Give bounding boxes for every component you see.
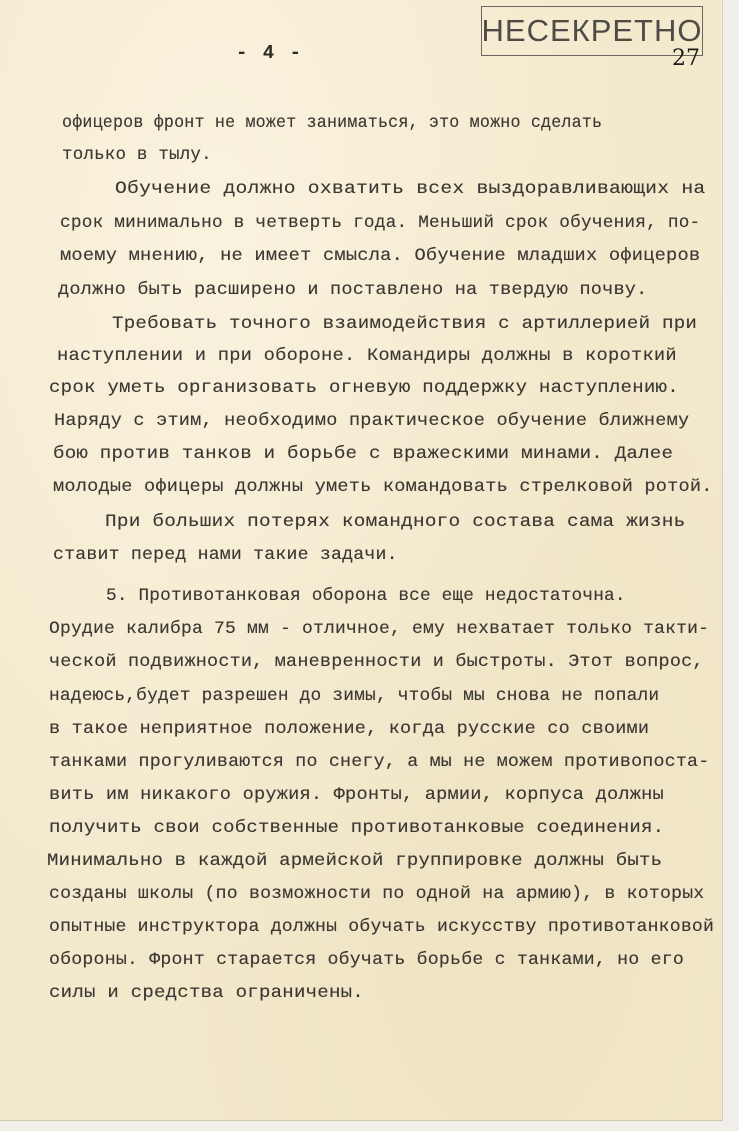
text-line: должно быть расширено и поставлено на тв… [58,280,647,300]
text-line: ставит перед нами такие задачи. [53,545,398,565]
declassified-stamp: НЕСЕКРЕТНО [481,6,703,56]
text-line: созданы школы (по возможности по одной н… [49,884,704,904]
document-page: НЕСЕКРЕТНО 27 - 4 - офицеров фронт не мо… [0,0,723,1121]
text-line: моему мнению, не имеет смысла. Обучение … [60,246,700,266]
text-line: Обучение должно охватить всех выздоравли… [115,179,705,199]
text-line: ческой подвижности, маневренности и быст… [49,652,704,672]
text-line: в такое неприятное положение, когда русс… [49,719,649,739]
text-line: получить свои собственные противотанковы… [49,818,664,838]
text-line: срок уметь организовать огневую поддержк… [49,378,679,398]
text-line: Требовать точного взаимодействия с артил… [112,314,697,334]
text-line: силы и средства ограничены. [49,983,364,1003]
text-line: только в тылу. [62,145,212,165]
text-line: офицеров фронт не может заниматься, это … [62,113,602,133]
text-line: При больших потерях командного состава с… [105,512,685,532]
text-line: обороны. Фронт старается обучать борьбе … [49,950,684,970]
text-line: вить им никакого оружия. Фронты, армии, … [49,785,664,805]
sheet-number: 27 [672,46,700,71]
text-line: опытные инструктора должны обучать искус… [49,917,714,937]
text-line: 5. Противотанковая оборона все еще недос… [106,586,626,606]
text-line: Наряду с этим, необходимо практическое о… [54,411,689,431]
text-line: срок минимально в четверть года. Меньший… [60,213,700,233]
text-line: Орудие калибра 75 мм - отличное, ему нех… [49,619,709,639]
text-line: молодые офицеры должны уметь командовать… [53,477,713,497]
page-number: - 4 - [236,42,303,64]
text-line: наступлении и при обороне. Командиры дол… [57,346,677,366]
text-line: Минимально в каждой армейской группировк… [47,851,662,871]
text-line: танками прогуливаются по снегу, а мы не … [49,752,709,772]
text-line: надеюсь,будет разрешен до зимы, чтобы мы… [49,686,659,706]
text-line: бою против танков и борьбе с вражескими … [53,444,673,464]
